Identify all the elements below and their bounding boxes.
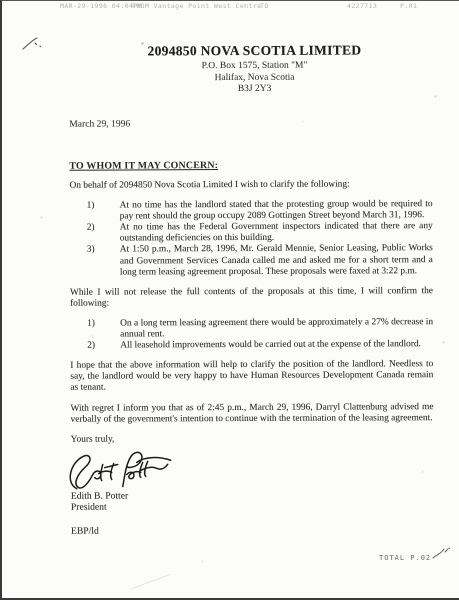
- hope-paragraph: I hope that the above information will h…: [70, 359, 433, 394]
- list-item-text: At no time has the Federal Government in…: [120, 221, 433, 243]
- company-name: 2094850 NOVA SCOTIA LIMITED: [25, 42, 459, 60]
- postal-code: B3J 2Y3: [25, 83, 459, 97]
- signature-block: [61, 445, 434, 491]
- intro-paragraph: On behalf of 2094850 Nova Scotia Limited…: [69, 179, 432, 192]
- signature-edith-potter: [61, 446, 181, 493]
- list-item-number: 3): [87, 245, 95, 256]
- list-item-number: 1): [87, 319, 95, 330]
- list-item: 3) At 1:50 p.m., March 28, 1996, Mr. Ger…: [70, 244, 433, 279]
- confirm-intro-paragraph: While I will not release the full conten…: [70, 286, 433, 310]
- list-item: 1) At no time has the landlord stated th…: [70, 199, 433, 223]
- letter-date: March 29, 1996: [69, 118, 130, 129]
- salutation: TO WHOM IT MAY CONCERN:: [69, 160, 218, 172]
- list-item-number: 1): [87, 201, 95, 212]
- handwritten-tick: [431, 545, 453, 561]
- signer-info: Edith B. Potter President: [71, 489, 434, 514]
- closing-phrase: Yours truly,: [71, 433, 434, 446]
- list-item-text: On a long term leasing agreement there w…: [120, 317, 433, 339]
- letter-body: On behalf of 2094850 Nova Scotia Limited…: [69, 179, 434, 536]
- list-item-number: 2): [87, 341, 95, 352]
- confirmations-list: 1) On a long term leasing agreement ther…: [70, 317, 433, 352]
- letterhead: 2094850 NOVA SCOTIA LIMITED P.O. Box 157…: [25, 42, 459, 97]
- list-item-text: At no time has the landlord stated that …: [120, 199, 433, 221]
- clarifications-list: 1) At no time has the landlord stated th…: [70, 199, 433, 278]
- reference-initials: EBP/ld: [71, 524, 434, 537]
- list-item-number: 2): [87, 223, 95, 234]
- fax-total-page: TOTAL P.02: [379, 554, 431, 562]
- list-item-text: At 1:50 p.m., March 28, 1996, Mr. Gerald…: [120, 244, 433, 278]
- list-item: 2) At no time has the Federal Government…: [70, 221, 433, 245]
- list-item: 1) On a long term leasing agreement ther…: [70, 317, 433, 341]
- regret-paragraph: With regret I inform you that as of 2:45…: [70, 402, 433, 426]
- list-item-text: All leasehold improvements would be carr…: [120, 339, 421, 350]
- list-item: 2) All leasehold improvements would be c…: [70, 339, 433, 352]
- scanned-letter-page: MAR-29-1996 04:04PM FROM Vantage Point W…: [0, 0, 459, 600]
- signer-title: President: [71, 500, 434, 513]
